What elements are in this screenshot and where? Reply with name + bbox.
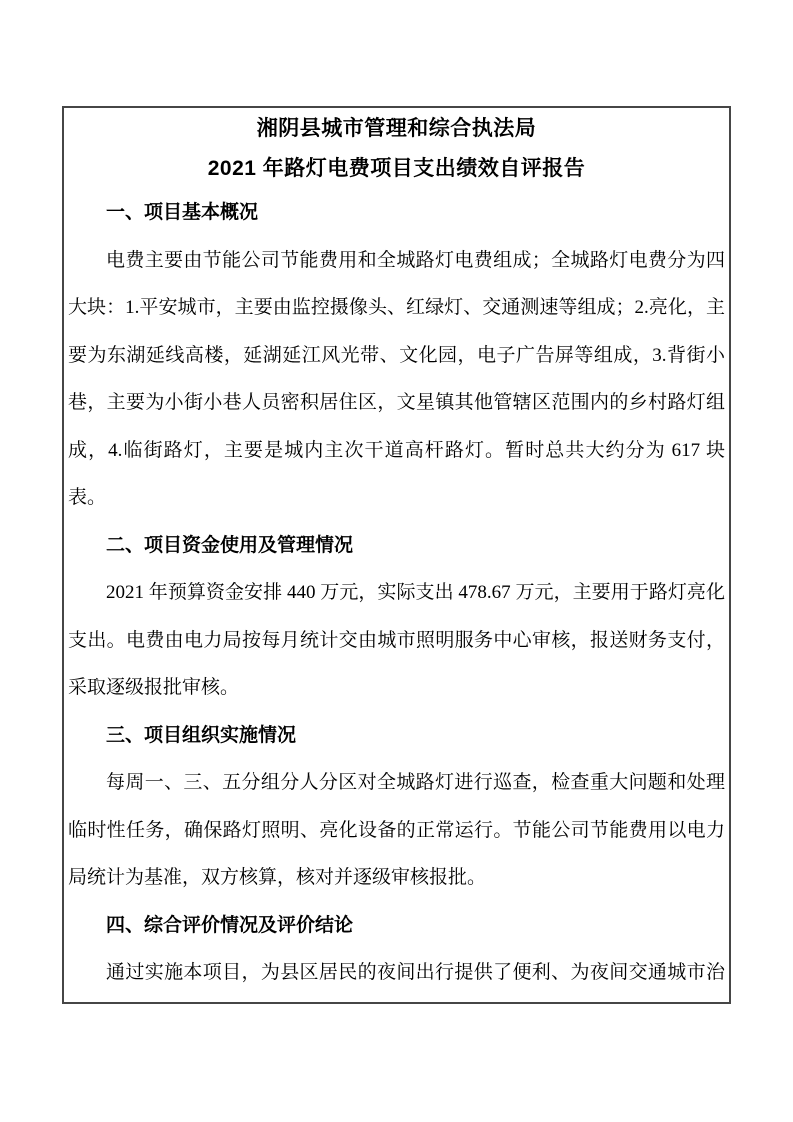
document-page: 湘阴县城市管理和综合执法局 2021 年路灯电费项目支出绩效自评报告 一、项目基… <box>0 0 793 1122</box>
section-4-heading: 四、综合评价情况及评价结论 <box>68 902 725 950</box>
section-1-heading: 一、项目基本概况 <box>68 189 725 237</box>
report-title-line1: 湘阴县城市管理和综合执法局 <box>68 109 725 149</box>
section-2-paragraph-1: 2021 年预算资金安排 440 万元，实际支出 478.67 万元，主要用于路… <box>68 569 725 712</box>
section-3-paragraph-1: 每周一、三、五分组分人分区对全城路灯进行巡查，检查重大问题和处理临时性任务，确保… <box>68 759 725 902</box>
report-frame: 湘阴县城市管理和综合执法局 2021 年路灯电费项目支出绩效自评报告 一、项目基… <box>62 106 731 1004</box>
section-1-paragraph-1: 电费主要由节能公司节能费用和全城路灯电费组成；全城路灯电费分为四大块：1.平安城… <box>68 237 725 522</box>
section-4-paragraph-1: 通过实施本项目，为县区居民的夜间出行提供了便利、为夜间交通城市治安提供了保障、美… <box>68 949 725 1004</box>
report-title-line2: 2021 年路灯电费项目支出绩效自评报告 <box>68 149 725 189</box>
section-2-heading: 二、项目资金使用及管理情况 <box>68 522 725 570</box>
section-3-heading: 三、项目组织实施情况 <box>68 712 725 760</box>
